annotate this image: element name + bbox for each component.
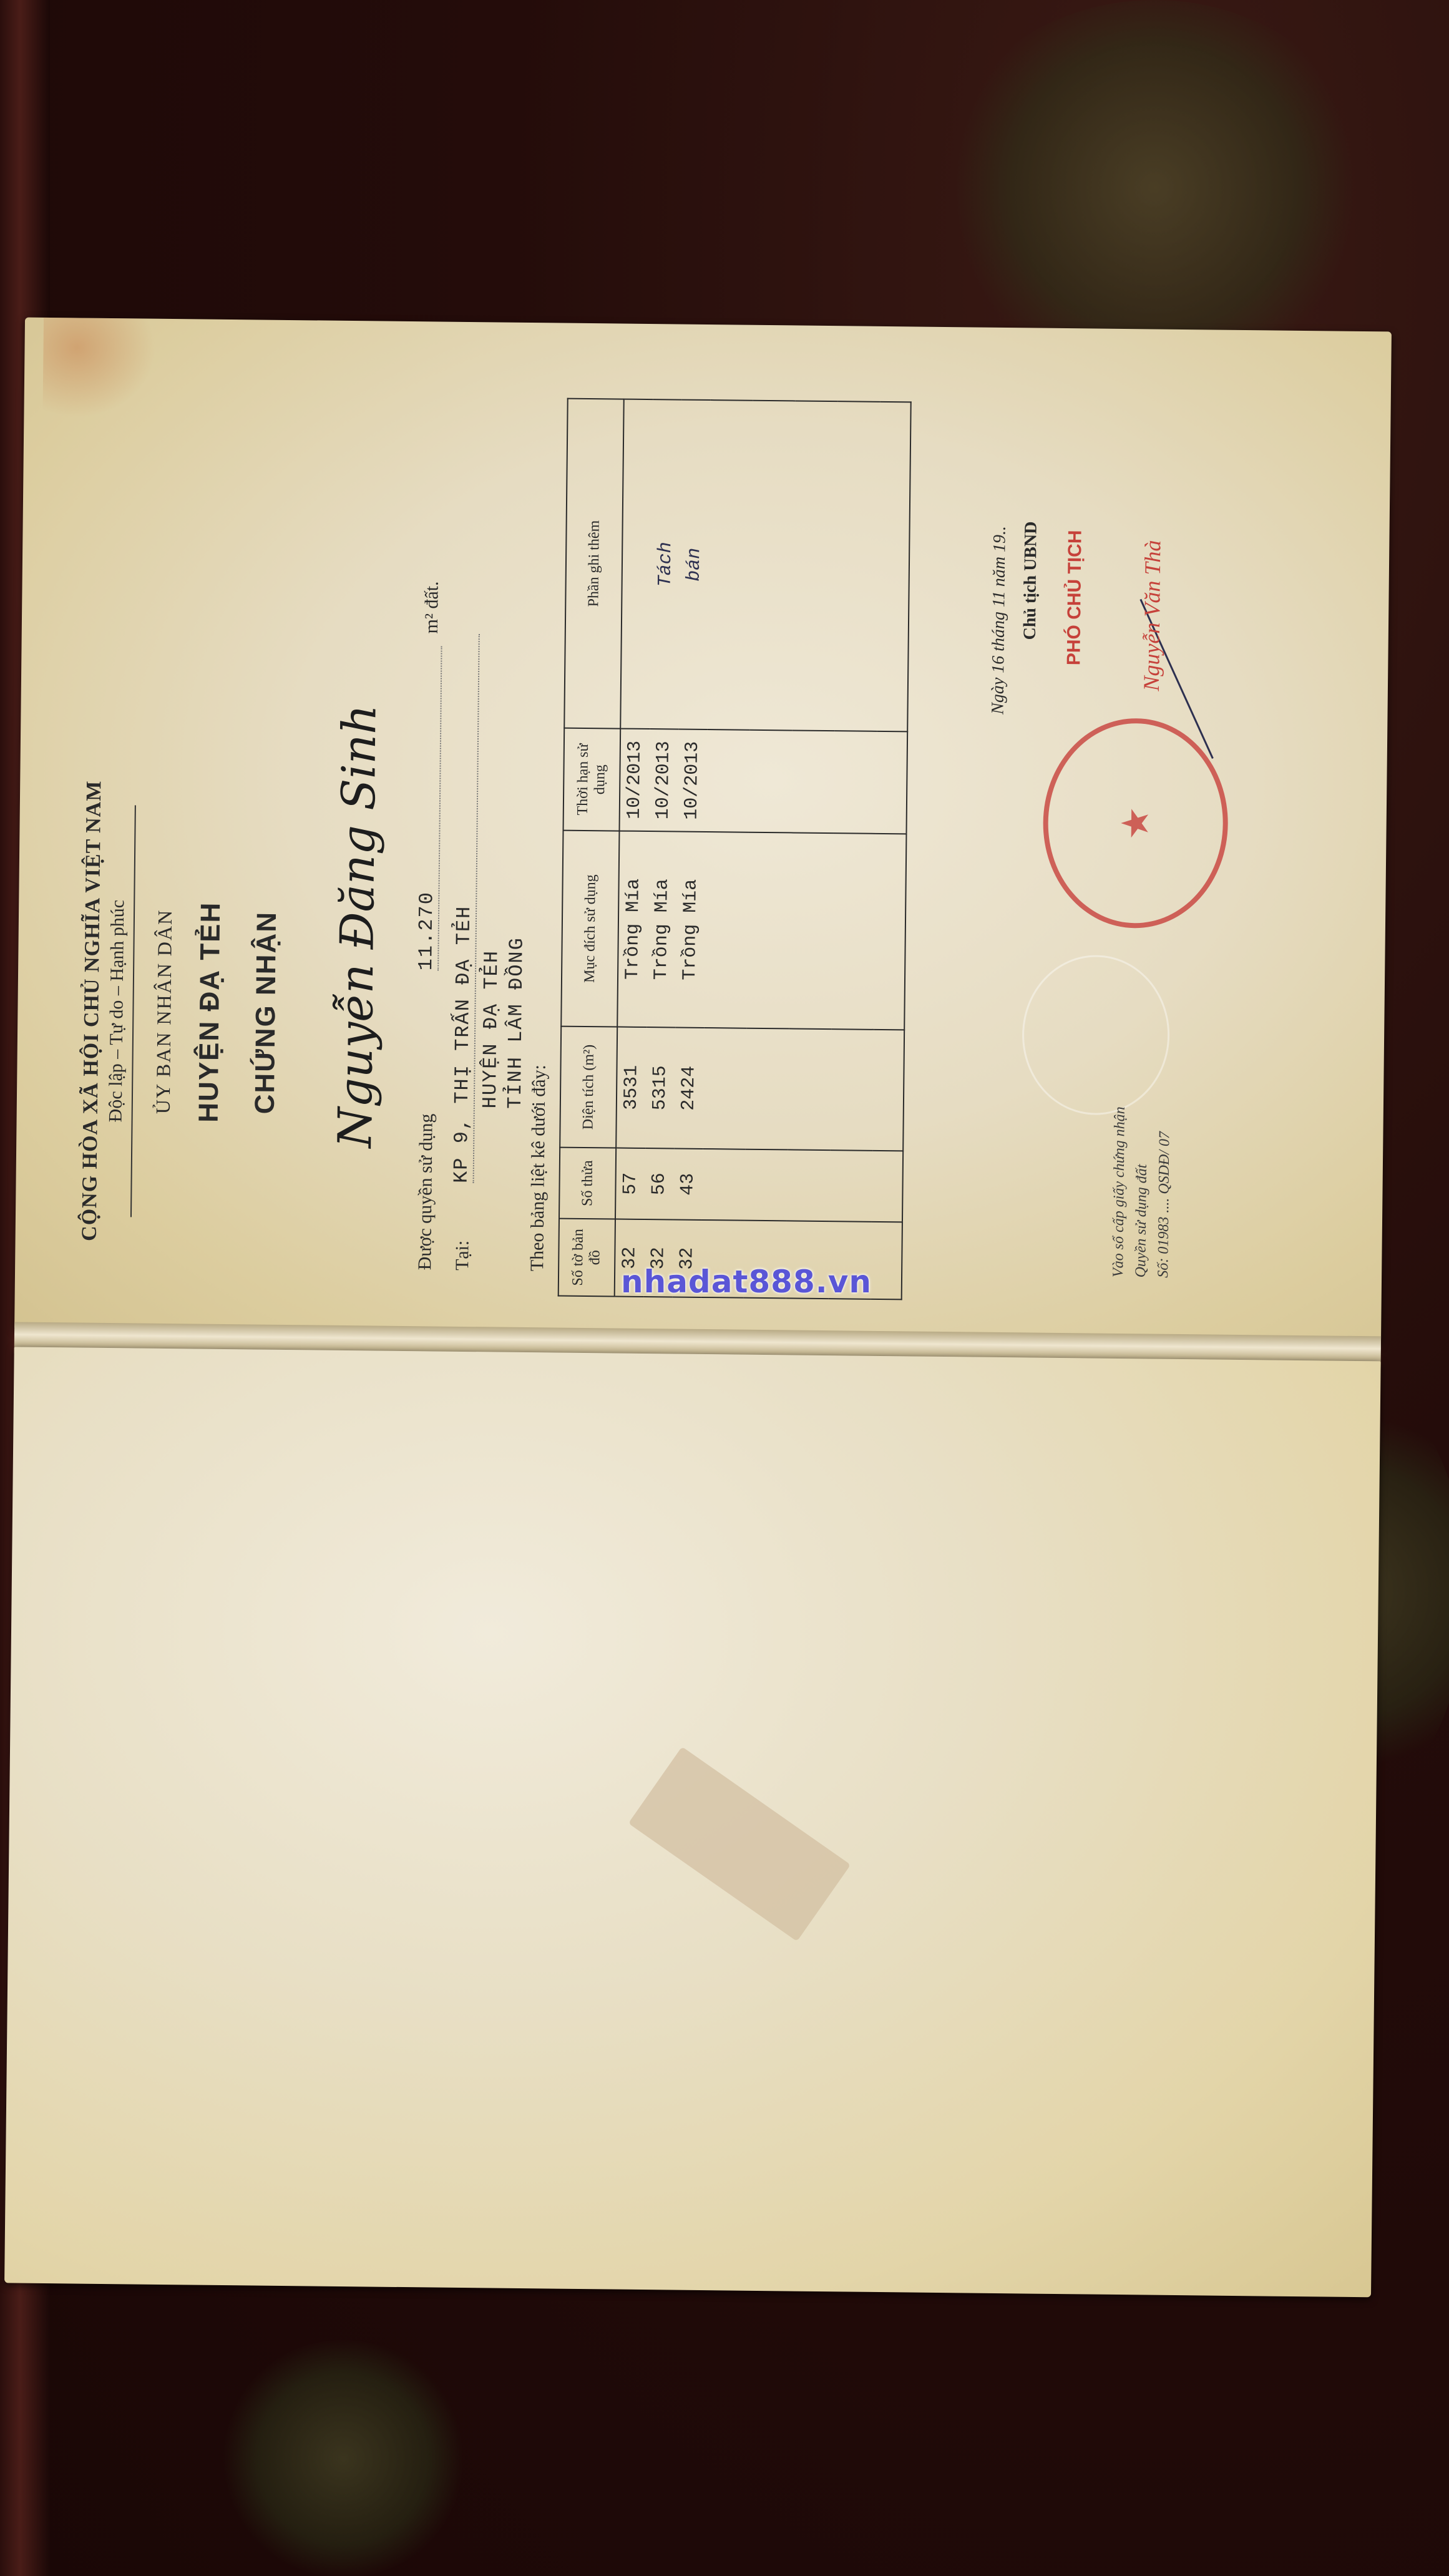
registry-line-2: Quyền sử dụng đất — [1129, 1106, 1154, 1277]
col-term: Thời hạn sử dụng — [563, 728, 620, 831]
nation-title: CỘNG HÒA XÃ HỘI CHỦ NGHĨA VIỆT NAM — [77, 730, 107, 1292]
certificate-title: CHỨNG NHẬN — [248, 731, 285, 1293]
cell-area: 3531 — [616, 1027, 646, 1148]
holder-name: Nguyễn Đăng Sinh — [327, 583, 388, 1270]
certificate-content: CỘNG HÒA XÃ HỘI CHỦ NGHĨA VIỆT NAM Độc l… — [52, 393, 1385, 1305]
signature-block: Ngày 16 tháng 11 năm 19.. Chủ tịch UBND … — [982, 402, 1366, 1305]
floral-pattern — [936, 0, 1373, 374]
certificate-page-printed: CỘNG HÒA XÃ HỘI CHỦ NGHĨA VIỆT NAM Độc l… — [14, 318, 1392, 1343]
col-notes: Phần ghi thêm — [564, 399, 624, 729]
cell-notes: bán — [678, 400, 711, 729]
certificate-booklet: CỘNG HÒA XÃ HỘI CHỦ NGHĨA VIỆT NAM Độc l… — [4, 318, 1392, 2291]
col-map-sheet: Số tờ bản đồ — [559, 1219, 615, 1297]
cell-parcel-no: 56 — [645, 1148, 674, 1219]
cell-term: 10/2013 — [619, 729, 650, 831]
official-red-seal: ★ — [1042, 718, 1229, 929]
location-line-2: HUYỆN ĐẠ TẺH — [479, 950, 504, 1109]
national-motto: Độc lập – Tự do – Hạnh phúc — [104, 730, 130, 1292]
registry-note: Vào sổ cấp giấy chứng nhận Quyền sử dụng… — [1107, 1106, 1176, 1278]
stamp-title: PHÓ CHỦ TỊCH — [1063, 530, 1086, 665]
location-line-1: KP 9, THỊ TRẤN ĐẠ TẺH — [450, 634, 480, 1183]
site-watermark: nhadat888.vn — [621, 1264, 872, 1300]
location-label: Tại: — [452, 1240, 474, 1271]
floral-pattern — [218, 2340, 468, 2576]
col-area: Diện tích (m²) — [560, 1027, 617, 1148]
location-line-3: TỈNH LÂM ĐỒNG — [504, 937, 529, 1109]
cell-purpose: Trồng Mía — [646, 831, 677, 1027]
usage-area: 11.270 — [414, 646, 442, 970]
registry-line-3: Số: 01983 .... QSDĐ/ 07 — [1152, 1107, 1176, 1278]
signatory-title: Chủ tịch UBND — [1020, 521, 1042, 640]
cell-notes — [620, 399, 653, 729]
cell-purpose: Trồng Mía — [675, 832, 706, 1028]
cell-area: 2424 — [674, 1028, 704, 1149]
usage-unit: m² đất. — [421, 581, 443, 633]
usage-label: Được quyền sử dụng — [414, 1113, 437, 1270]
registry-line-1: Vào sổ cấp giấy chứng nhận — [1107, 1106, 1131, 1277]
cell-term: 10/2013 — [648, 729, 678, 831]
cell-notes: Tách — [650, 399, 682, 729]
col-parcel-no: Số thửa — [559, 1148, 616, 1219]
embossed-seal — [1022, 954, 1171, 1115]
cell-area: 5315 — [645, 1027, 675, 1148]
col-purpose: Mục đích sử dụng — [561, 831, 619, 1027]
district-title: HUYỆN ĐẠ TẺH — [192, 731, 228, 1292]
cell-term: 10/2013 — [677, 729, 707, 832]
issue-date: Ngày 16 tháng 11 năm 19.. — [988, 526, 1010, 715]
table-intro: Theo bảng liệt kê dưới đây: — [527, 1065, 550, 1272]
committee-title: ỦY BAN NHÂN DÂN — [150, 731, 178, 1292]
cell-parcel-no: 43 — [673, 1148, 703, 1219]
header-rule — [130, 805, 136, 1217]
cell-parcel-no: 57 — [615, 1148, 645, 1219]
cell-purpose: Trồng Mía — [617, 831, 648, 1027]
signatory-name: Nguyễn Văn Thà — [1138, 540, 1166, 691]
certificate-header: CỘNG HÒA XÃ HỘI CHỦ NGHĨA VIỆT NAM Độc l… — [77, 730, 285, 1294]
land-parcel-table: Số tờ bản đồ Số thửa Diện tích (m²) Mục … — [558, 398, 912, 1300]
